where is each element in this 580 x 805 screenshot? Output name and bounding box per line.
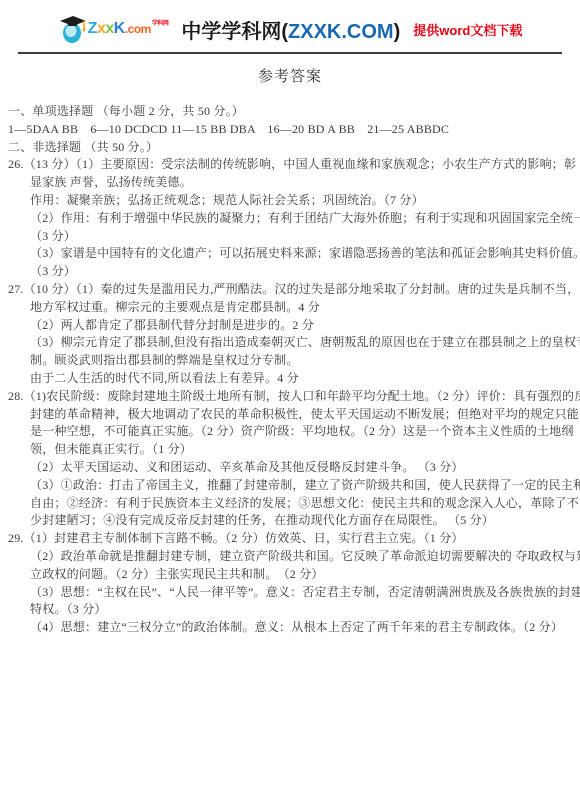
answer-line: （2）政治革命就是推翻封建专制，建立资产阶级共和国。它反映了革命派迫切需要解决的…	[8, 548, 574, 566]
answer-line: （4）思想：建立“三权分立”的政治体制。意义：从根本上否定了两千年来的君主专制政…	[8, 619, 574, 637]
answer-line: 27.（10 分）（1）秦的过失是滥用民力,严刑酷法。汉的过失是部分地采取了分封…	[8, 281, 574, 299]
logo-superscript: 学科网	[152, 21, 169, 27]
answer-line: 作用：凝聚亲族；弘扬正统观念；规范人际社会关系；巩固统治。（7 分）	[8, 192, 574, 210]
answer-line: 自由；②经济：有利于民族资本主义经济的发展；③思想文化：使民主共和的观念深入人心…	[8, 495, 574, 513]
answer-body: 一、单项选择题 （每小题 2 分，共 50 分。）1—5DAA BB 6—10 …	[0, 103, 580, 637]
answer-line: 封建的革命精神，极大地调动了农民的革命积极性，使太平天国运动不断发展；但绝对平均…	[8, 406, 574, 424]
header-divider	[18, 52, 562, 54]
answer-line: 地方军权过重。柳宗元的主要观点是肯定郡县制。4 分	[8, 299, 574, 317]
zxxk-logo[interactable]: ZxxK.com学科网	[58, 13, 169, 45]
answer-line: 29.（1）封建君主专制体制下言路不畅。（2 分）仿效英、日，实行君主立宪。（1…	[8, 530, 574, 548]
answer-line: 领，但未能真正实行。（1 分）	[8, 441, 574, 459]
site-title: 中学学科网(ZXXK.COM)	[181, 15, 400, 44]
answer-line: 显家族 声誉，弘扬传统美德。	[8, 174, 574, 192]
answer-line: 少封建陋习；④没有完成反帝反封建的任务，在推动现代化方面存在局限性。 （5 分）	[8, 512, 574, 530]
graduate-mascot-icon	[58, 13, 88, 45]
answer-line: 一、单项选择题 （每小题 2 分，共 50 分。）	[8, 103, 574, 121]
answer-line: 立政权的问题。（2 分）主张实现民主共和制。 （2 分）	[8, 566, 574, 584]
answer-line: 1—5DAA BB 6—10 DCDCD 11—15 BB DBA 16—20 …	[8, 121, 574, 139]
answer-line: （3）①政治：打击了帝国主义，推翻了封建帝制，建立了资产阶级共和国，使人民获得了…	[8, 477, 574, 495]
answer-line: （2）作用：有利于增强中华民族的凝聚力；有利于团结广大海外侨胞；有利于实现和巩固…	[8, 210, 574, 228]
answer-line: （3）家谱是中国特有的文化遗产；可以拓展史料来源；家谱隐恶扬善的笔法和孤证会影响…	[8, 245, 574, 263]
answer-line: （3）思想：“主权在民”、“人民一律平等”。意义：否定君主专制，否定清朝满洲贵族…	[8, 584, 574, 602]
answer-line: 是一种空想，不可能真正实施。（2 分）资产阶级：平均地权。（2 分）这是一个资本…	[8, 423, 574, 441]
answer-line: 二、非选择题 （共 50 分。）	[8, 139, 574, 157]
zxxk-logo-wordmark: ZxxK.com学科网	[88, 21, 169, 37]
page-header: ZxxK.com学科网 中学学科网(ZXXK.COM) 提供word文档下载	[0, 0, 580, 47]
answer-line: 26.（13 分）（1）主要原因：受宗法制的传统影响，中国人重视血缘和家族观念；…	[8, 156, 574, 174]
page-title: 参考答案	[0, 65, 580, 86]
answer-line: （3）柳宗元肯定了郡县制,但没有指出造成秦朝灭亡、唐朝叛乱的原因也在于建立在郡县…	[8, 334, 574, 352]
answer-line: 28.（1)农民阶级：废除封建地主阶级土地所有制，按人口和年龄平均分配土地。（2…	[8, 388, 574, 406]
answer-line: 由于二人生活的时代不同,所以看法上有差异。4 分	[8, 370, 574, 388]
answer-line: 特权。（3 分）	[8, 601, 574, 619]
answer-line: 制。顾炎武则指出郡县制的弊端是皇权过分专制。	[8, 352, 574, 370]
site-domain: ZXXK.COM	[288, 21, 394, 43]
answer-line: （3 分）	[8, 228, 574, 246]
answer-line: （2）太平天国运动、义和团运动、辛亥革命及其他反侵略反封建斗争。 （3 分）	[8, 459, 574, 477]
answer-line: （3 分）	[8, 263, 574, 281]
word-download-link[interactable]: 提供word文档下载	[413, 20, 522, 39]
answer-line: （2）两人都肯定了郡县制代替分封制是进步的。2 分	[8, 317, 574, 335]
